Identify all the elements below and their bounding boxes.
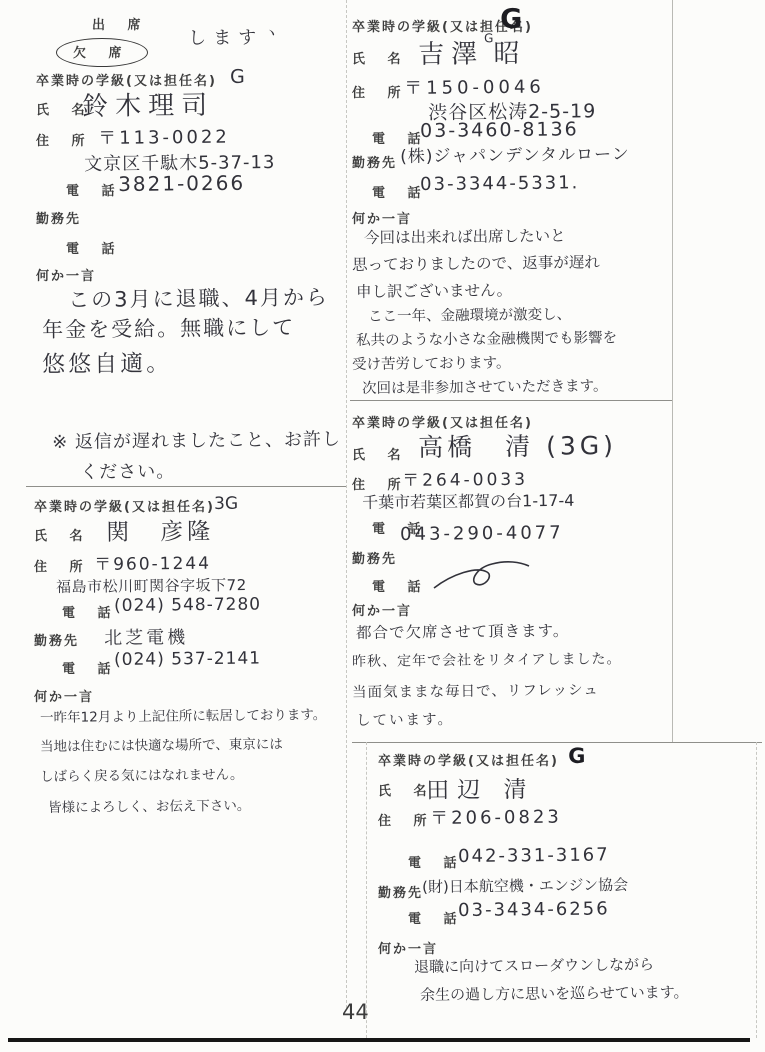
form2-work-value: 北芝電機: [104, 623, 188, 650]
form5-comment-line: 退職に向けてスローダウンしながら: [414, 953, 654, 977]
form3-name-value: 吉澤G昭: [418, 33, 527, 71]
form3-address-label: 住 所: [352, 82, 410, 101]
form3-name-note: G: [484, 32, 493, 46]
stray-tick-mark: ヽ: [264, 22, 279, 43]
form5-phone-value: 042-331-3167: [458, 844, 610, 867]
form4-comment-line: 昨秋、定年で会社をリタイアしました。: [352, 648, 622, 671]
form3-comment-line: 受け苦労しております。: [352, 351, 511, 374]
form1-name-value: 鈴木理司: [82, 85, 214, 123]
form2-phone-value: (024) 548-7280: [114, 594, 261, 616]
form4-phone-value: 043-290-4077: [400, 522, 564, 545]
divider-right-form3-right: [756, 742, 757, 1038]
form4-address-value: 千葉市若葉区都賀の台1-17-4: [362, 488, 575, 513]
form1-comment-line: 年金を受給。無職にして: [42, 311, 295, 344]
form5-class-label: 卒業時の学級(又は担任名): [378, 750, 559, 769]
form1-class-value: G: [230, 66, 246, 88]
form4-comment-label: 何か一言: [352, 600, 412, 619]
form3-comment-line: 思っておりましたので、返事が遅れ: [352, 250, 600, 275]
scan-bottom-edge: [8, 1038, 750, 1042]
absent-option-circled: 欠 席: [56, 38, 148, 67]
form5-work-phone-value: 03-3434-6256: [458, 898, 610, 921]
divider-left-form-top: [26, 486, 346, 487]
form4-work-label: 勤務先: [352, 548, 397, 567]
form4-name-label: 氏 名: [352, 444, 410, 463]
form4-name-value: 高橋 清 (3G): [418, 426, 617, 464]
form5-comment-label: 何か一言: [378, 938, 438, 957]
form2-work-phone-value: (024) 537-2141: [114, 648, 261, 670]
form4-comment-line: 当面気ままな毎日で、リフレッシュ: [352, 678, 599, 702]
form3-class-value: G: [500, 4, 522, 35]
form2-comment-line: 当地は住むには快適な場所で、東京には: [40, 732, 283, 755]
form3-name-label: 氏 名: [352, 48, 410, 67]
divider-right-form3-top: [352, 742, 762, 743]
divider-right-vertical: [672, 0, 673, 742]
form2-zip-value: 〒960-1244: [94, 549, 211, 575]
form2-name-label: 氏 名: [34, 525, 92, 544]
form1-work-label: 勤務先: [36, 208, 81, 227]
form2-address-label: 住 所: [34, 556, 92, 575]
form3-work-value: (株)ジャパンデンタルローン: [400, 140, 630, 167]
form1-comment-label: 何か一言: [36, 265, 96, 284]
form5-work-phone-label: 電 話: [408, 908, 466, 927]
form5-class-value: G: [568, 744, 586, 768]
form5-comment-line: 余生の過し方に思いを巡らせています。: [420, 981, 689, 1005]
form2-class-value: 3G: [214, 494, 238, 514]
form1-address-label: 住 所: [36, 130, 94, 149]
form2-work-phone-label: 電 話: [62, 658, 120, 677]
form5-work-label: 勤務先: [378, 882, 423, 901]
divider-right-form3-left: [366, 742, 367, 1038]
form2-phone-label: 電 話: [62, 602, 120, 621]
form5-zip-value: 〒206-0823: [430, 803, 562, 830]
form1-zip-value: 〒113-0022: [98, 123, 230, 150]
form4-comment-line: 都合で欠席させて頂きます。: [356, 619, 569, 643]
form2-comment-line: 皆様によろしく、お伝え下さい。: [48, 794, 250, 816]
absent-option: 欠 席: [56, 38, 148, 67]
form2-name-value: 関 彦隆: [106, 513, 214, 547]
form2-comment-line: 一昨年12月より上記住所に転居しております。: [40, 703, 326, 726]
form1-comment-line: 悠悠自適。: [42, 345, 172, 379]
form5-address-label: 住 所: [378, 810, 436, 829]
form3-work-label: 勤務先: [352, 152, 397, 171]
scribble-mark: [432, 556, 532, 596]
form2-address-value: 福島市松川町関谷字坂下72: [56, 574, 247, 597]
form3-comment-line: 申し訳ございません。: [356, 278, 512, 302]
form5-phone-label: 電 話: [408, 852, 466, 871]
form1-comment-line: この3月に退職、4月から: [68, 281, 329, 314]
scanned-document-page: 出 席 します ヽ 欠 席 卒業時の学級(又は担任名) G 氏 名 鈴木理司 住…: [0, 0, 765, 1052]
apology-note-line: ※ 返信が遅れましたこと、お許し: [52, 425, 341, 454]
attend-option: 出 席: [92, 14, 150, 33]
form3-phone-value: 03-3460-8136: [420, 118, 579, 142]
form1-work-phone-label: 電 話: [66, 238, 124, 257]
form2-comment-label: 何か一言: [34, 686, 94, 705]
form3-comment-label: 何か一言: [352, 208, 412, 227]
form3-zip-value: 〒150-0046: [404, 73, 545, 100]
form3-comment-line: 次回は是非参加させていただきます。: [362, 374, 608, 398]
form3-comment-line: ここ一年、金融環境が激変し、: [368, 303, 571, 326]
form2-comment-line: しばらく戻る気にはなれません。: [40, 763, 244, 785]
form3-comment-line: 私共のような小さな金融機関でも影響を: [356, 326, 617, 350]
form3-work-phone-value: 03-3344-5331.: [420, 172, 579, 195]
form3-comment-line: 今回は出来れば出席したいと: [364, 224, 566, 248]
page-number: 44: [342, 1000, 369, 1024]
apology-note-line: ください。: [80, 457, 175, 484]
form4-zip-value: 〒264-0033: [402, 465, 528, 491]
form2-work-label: 勤務先: [34, 630, 79, 649]
form5-work-value: (財)日本航空機・エンジン協会: [422, 874, 628, 897]
divider-right-form1-bottom: [350, 400, 672, 401]
attendance-suffix: します: [188, 23, 263, 50]
form4-comment-line: しています。: [356, 708, 454, 730]
divider-center-vertical: [346, 0, 347, 1008]
form1-phone-value: 3821-0266: [118, 171, 245, 196]
form1-phone-label: 電 話: [66, 180, 124, 199]
form4-work-phone-label: 電 話: [372, 576, 430, 595]
form5-name-value: 田辺 清: [426, 771, 535, 805]
